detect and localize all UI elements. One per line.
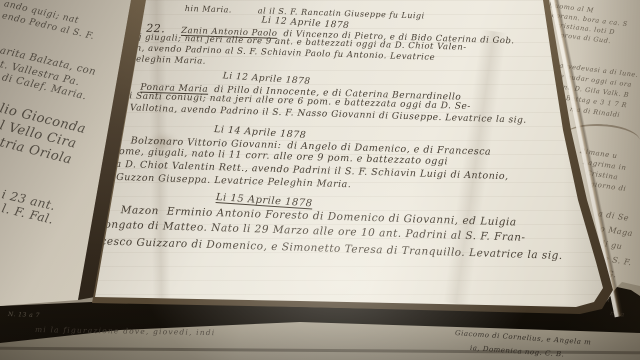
register-photo: Duomo al M corann. bora a ca. S cristian… bbox=[0, 0, 640, 360]
under-doc-fragment: N. 13 a 7 bbox=[8, 312, 40, 319]
entry-name: Mazon bbox=[121, 204, 159, 217]
register-entries: hin Maria.al il S. F. Rancatin Giuseppe … bbox=[80, 2, 609, 328]
entry-line: Peleghin Maria. bbox=[130, 55, 206, 66]
entry-21-fragment-part1: hin Maria. bbox=[185, 4, 232, 14]
